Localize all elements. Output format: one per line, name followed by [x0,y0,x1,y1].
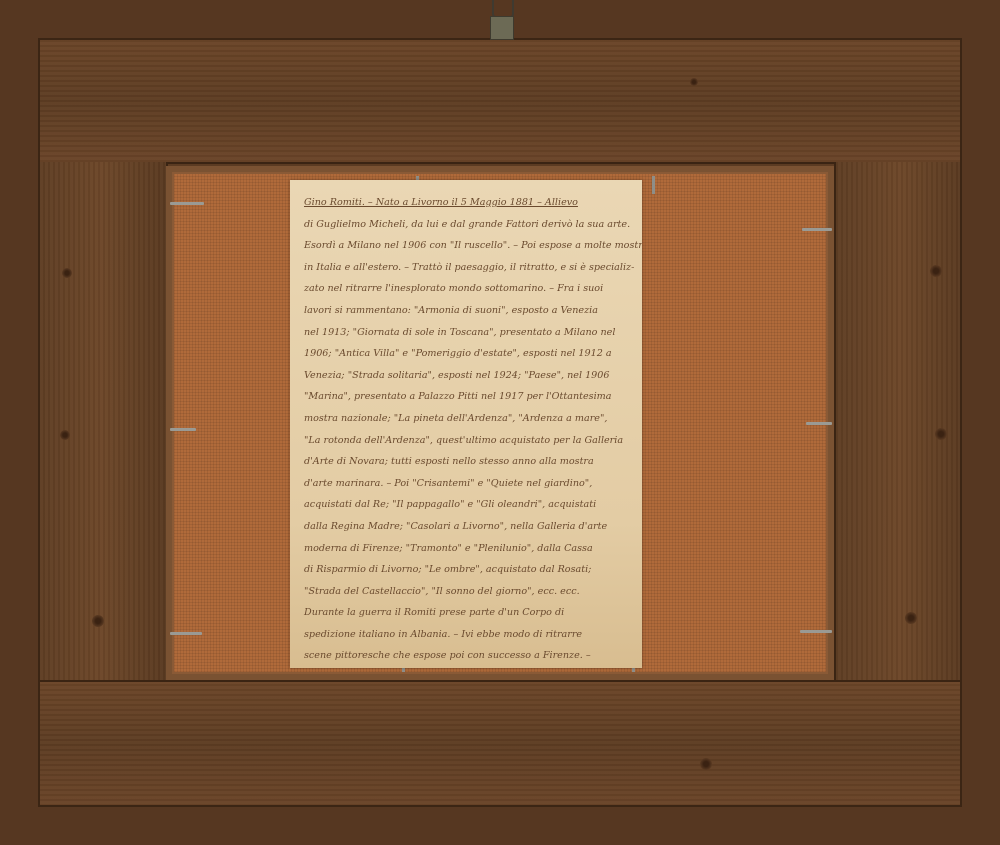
nail [802,228,832,231]
hanging-hook-icon [488,0,514,38]
note-line: È presidente del Gruppo Labronico – [304,667,630,668]
stretcher-bottom-rail [38,680,963,806]
tack [652,176,655,194]
note-line: d'arte marinara. – Poi "Crisantemi" e "Q… [304,473,630,495]
note-line: "Marina", presentato a Palazzo Pitti nel… [304,386,630,408]
wood-knot [92,615,104,627]
wood-knot [905,612,917,624]
note-line: Venezia; "Strada solitaria", esposti nel… [304,365,630,387]
note-line: moderna di Firenze; "Tramonto" e "Plenil… [304,538,630,560]
note-line: di Risparmio di Livorno; "Le ombre", acq… [304,559,630,581]
note-line: spedizione italiano in Albania. – Ivi eb… [304,624,630,646]
note-line: di Guglielmo Micheli, da lui e dal grand… [304,214,630,236]
wood-knot [935,428,947,440]
note-line: acquistati dal Re; "Il pappagallo" e "Gl… [304,494,630,516]
nail [170,202,204,205]
note-line: Durante la guerra il Romiti prese parte … [304,602,630,624]
wood-knot [930,265,942,277]
nail [170,632,202,635]
note-line: nel 1913; "Giornata di sole in Toscana",… [304,322,630,344]
note-line: in Italia e all'estero. – Trattò il paes… [304,257,630,279]
note-line: mostra nazionale; "La pineta dell'Ardenz… [304,408,630,430]
note-line: Esordì a Milano nel 1906 con "Il ruscell… [304,235,630,257]
note-line: Gino Romiti. – Nato a Livorno il 5 Maggi… [304,192,630,214]
note-line: zato nel ritrarre l'inesplorato mondo so… [304,278,630,300]
wood-knot [690,78,698,86]
wood-knot [700,758,712,770]
stretcher-left-stile [38,162,168,680]
note-line: dalla Regina Madre; "Casolari a Livorno"… [304,516,630,538]
note-line: d'Arte di Novara; tutti esposti nello st… [304,451,630,473]
wood-knot [62,268,72,278]
stretcher-right-stile [834,162,964,680]
note-line: lavori si rammentano: "Armonia di suoni"… [304,300,630,322]
nail [800,630,832,633]
wood-knot [60,430,70,440]
note-line: "La rotonda dell'Ardenza", quest'ultimo … [304,430,630,452]
nail [806,422,832,425]
note-line: scene pittoresche che espose poi con suc… [304,645,630,667]
note-line: 1906; "Antica Villa" e "Pomeriggio d'est… [304,343,630,365]
handwritten-note: Gino Romiti. – Nato a Livorno il 5 Maggi… [290,180,642,668]
stretcher-top-rail [38,38,963,164]
nail [170,428,196,431]
note-line: "Strada del Castellaccio", "Il sonno del… [304,581,630,603]
